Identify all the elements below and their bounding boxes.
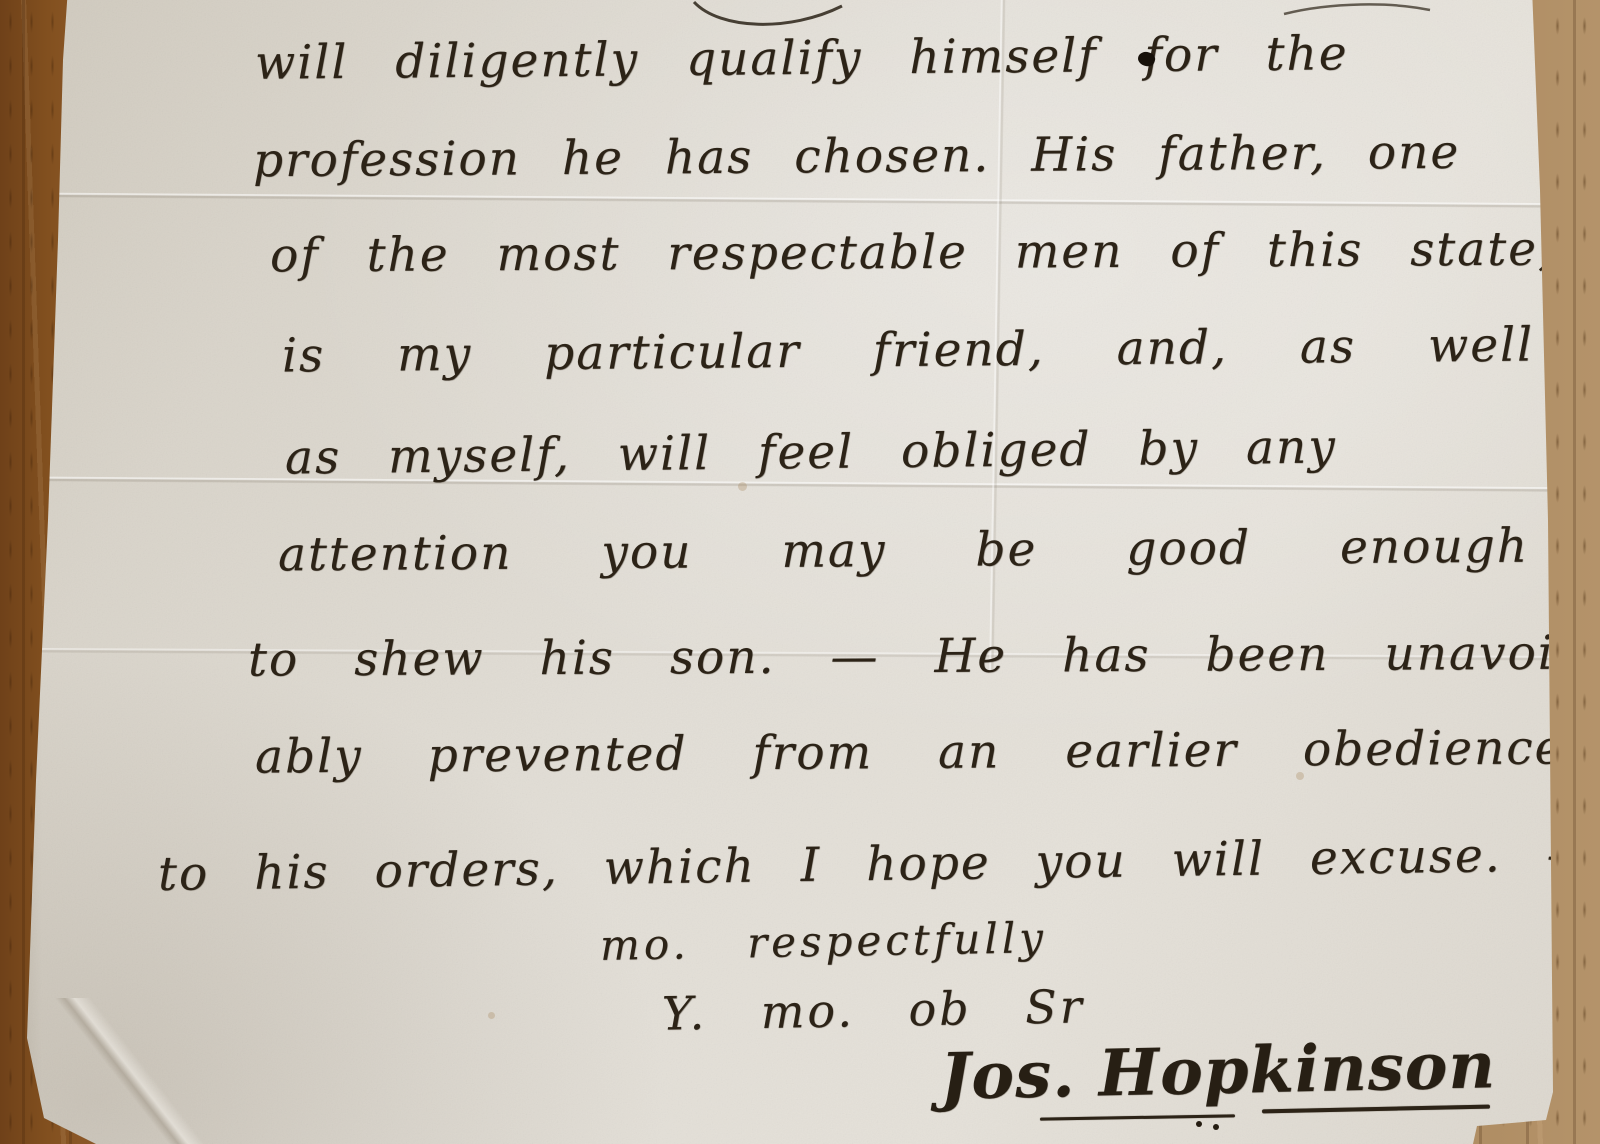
closing-line-obedient-servant: Y. mo. ob Sr [662, 978, 1086, 1043]
handwriting-line-5: as myself, will feel obliged by any [285, 418, 1337, 488]
foxing-spot-3 [488, 1012, 495, 1019]
letter-paper: will diligently qualify himself for the … [0, 0, 1600, 1144]
closing-line-respectfully: mo. respectfully [600, 912, 1048, 972]
handwriting-line-3: of the most respectable men of this stat… [270, 221, 1555, 286]
handwriting-line-8: ably prevented from an earlier obedience [255, 719, 1565, 787]
foxing-spot-1 [738, 482, 747, 491]
signature-jos-hopkinson: Jos. Hopkinson [939, 1026, 1496, 1118]
handwriting-line-9: to his orders, which I hope you will exc… [158, 826, 1596, 905]
handwriting-line-4: is my particular friend, and, as well [282, 317, 1535, 387]
photo-of-letter: { "letter": { "body_lines": [ "will dili… [0, 0, 1600, 1144]
handwriting-line-2: profession he has chosen. His father, on… [253, 124, 1461, 191]
cutoff-pen-stroke-top-2 [1282, 0, 1432, 18]
fold-crease-horizontal-1 [0, 192, 1600, 208]
handwriting-line-6: attention you may be good enough [278, 518, 1529, 585]
foxing-spot-2 [1296, 772, 1304, 780]
signature-dot-2 [1213, 1124, 1219, 1130]
corner-fold-crease [18, 998, 228, 1144]
handwriting-line-7: to shew his son. — He has been unavoid= [248, 624, 1600, 690]
signature-underline-1 [1040, 1114, 1235, 1120]
signature-dot-1 [1196, 1121, 1202, 1127]
handwriting-line-1: will diligently qualify himself for the [255, 25, 1349, 93]
